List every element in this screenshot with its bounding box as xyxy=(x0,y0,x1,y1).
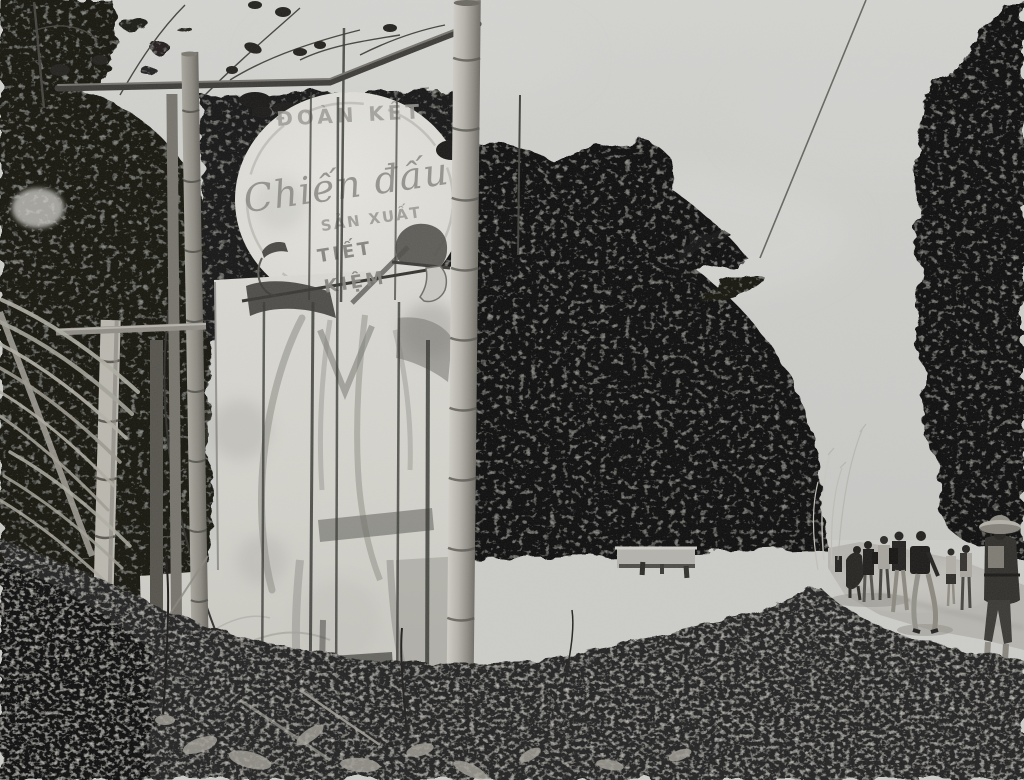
scene-svg: ĐOÀN KẾT Chiến đấu SẢN XUẤT TIẾT KIỆM xyxy=(0,0,1024,780)
photograph: ĐOÀN KẾT Chiến đấu SẢN XUẤT TIẾT KIỆM xyxy=(0,0,1024,780)
film-grain xyxy=(0,0,1024,780)
